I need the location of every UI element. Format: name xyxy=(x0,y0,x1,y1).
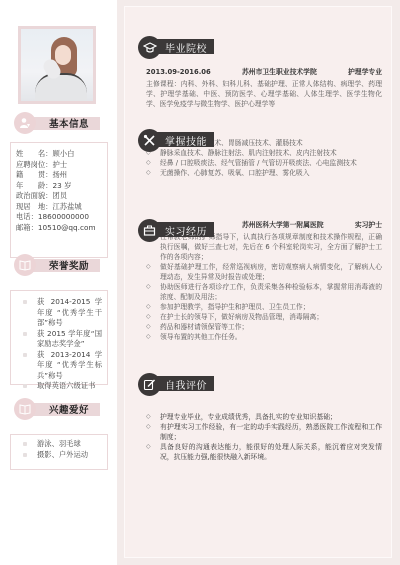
book-icon xyxy=(14,398,36,420)
internship-item: 参加护理教学，指导护生和护理员、卫生员工作； xyxy=(146,302,382,312)
info-row-name: 姓 名：顾小白 xyxy=(16,149,107,160)
self-evaluation-item: 具备良好的沟通表达能力，能很好的处理人际关系，能沉着应对突发情况，抗压能力强,能… xyxy=(146,442,382,462)
self-evaluation-item: 有护理实习工作经验，有一定的动手实践经历，熟悉医院工作流程和工作制度； xyxy=(146,422,382,442)
internship-item: 药品和器材请领保管等工作； xyxy=(146,322,382,332)
hobby-item: 游泳、羽毛球 xyxy=(19,439,102,450)
basic-info-box: 姓 名：顾小白 应聘岗位：护士 籍 贯：扬州 年 龄：23 岁 政治面貌：团员 … xyxy=(10,142,108,258)
honor-item: 获 2015 学年度“国家励志奖学金” xyxy=(19,329,102,350)
hobbies-box: 游泳、羽毛球 摄影、户外运动 xyxy=(10,434,108,470)
left-column: 基本信息 姓 名：顾小白 应聘岗位：护士 籍 贯：扬州 年 龄：23 岁 政治面… xyxy=(0,0,116,565)
graduation-cap-icon xyxy=(138,36,161,59)
internship-item: 领导布置的其他工作任务。 xyxy=(146,332,382,342)
skill-item: 无菌操作、心肺复苏、吸氧、口腔护理、雾化吸入 xyxy=(146,168,382,178)
education-courses: 主修课程：内科、外科、妇科儿科、基础护理、正常人体结构、病理学、药理学、护理学基… xyxy=(146,79,382,109)
education-content: 2013.09-2016.06 苏州市卫生职业技术学院 护理学专业 主修课程：内… xyxy=(146,67,382,109)
basic-info-header: 基本信息 xyxy=(14,112,100,134)
education-period: 2013.09-2016.06 xyxy=(146,67,211,77)
section-title: 荣誉奖励 xyxy=(42,258,96,272)
section-title: 实习经历 xyxy=(165,223,207,238)
honors-header: 荣誉奖励 xyxy=(14,254,100,276)
skill-item: 静脉采血技术、静脉注射法、肌内注射技术、皮内注射技术 xyxy=(146,148,382,158)
skill-item: 经鼻 / 口腔吸痰法、经气管插管 / 气管切开吸痰法、心电监测技术 xyxy=(146,158,382,168)
self-evaluation-item: 护理专业毕业，专业成绩优秀，具备扎实的专业知识基础； xyxy=(146,412,382,422)
info-row-position: 应聘岗位：护士 xyxy=(16,160,107,171)
internship-item: 协助医师进行各项诊疗工作，负责采集各种检验标本，掌握常用消毒液的浓度、配制及用法… xyxy=(146,282,382,302)
internship-role: 实习护士 xyxy=(355,220,382,230)
info-row-age: 年 龄：23 岁 xyxy=(16,181,107,192)
internship-content: 2015.09-2016.06 苏州医科大学第一附属医院 实习护士 在带教老师的… xyxy=(146,220,382,342)
section-title: 毕业院校 xyxy=(165,40,207,55)
honor-item: 取得英语六级证书 xyxy=(19,381,102,392)
info-row-residence: 现居 地：江苏盐城 xyxy=(16,202,107,213)
honor-item: 获 2014-2015 学年度 “优秀学生干部”称号 xyxy=(19,297,102,329)
section-title: 兴趣爱好 xyxy=(42,402,96,416)
hobby-item: 摄影、户外运动 xyxy=(19,450,102,461)
info-row-email: 邮箱：10510@qq.com xyxy=(16,223,107,234)
section-title: 基本信息 xyxy=(42,116,96,130)
honors-box: 获 2014-2015 学年度 “优秀学生干部”称号 获 2015 学年度“国家… xyxy=(10,290,108,385)
internship-hospital: 苏州医科大学第一附属医院 xyxy=(242,220,324,230)
edit-pencil-icon xyxy=(138,373,161,396)
book-icon xyxy=(14,254,36,276)
person-icon xyxy=(14,112,36,134)
info-row-political: 政治面貌：团员 xyxy=(16,191,107,202)
briefcase-icon xyxy=(138,219,161,242)
education-major: 护理学专业 xyxy=(348,67,382,77)
profile-photo xyxy=(21,29,93,101)
info-row-phone: 电话：18600000000 xyxy=(16,212,107,223)
internship-item: 在护士长的领导下，做好病房及物品管理，消毒隔离； xyxy=(146,312,382,322)
self-evaluation-content: 护理专业毕业，专业成绩优秀，具备扎实的专业知识基础； 有护理实习工作经验，有一定… xyxy=(146,412,382,462)
section-title: 掌握技能 xyxy=(165,133,207,148)
info-row-hometown: 籍 贯：扬州 xyxy=(16,170,107,181)
hobbies-header: 兴趣爱好 xyxy=(14,398,100,420)
education-school: 苏州市卫生职业技术学院 xyxy=(242,67,317,77)
internship-item: 做好基础护理工作，经常巡视病房，密切观察病人病情变化，了解病人心理动态，发生异常… xyxy=(146,262,382,282)
profile-photo-frame xyxy=(18,26,96,104)
honor-item: 获 2013-2014 学年度 “优秀学生标兵”称号 xyxy=(19,350,102,382)
section-title: 自我评价 xyxy=(165,377,207,392)
tools-icon xyxy=(138,129,161,152)
